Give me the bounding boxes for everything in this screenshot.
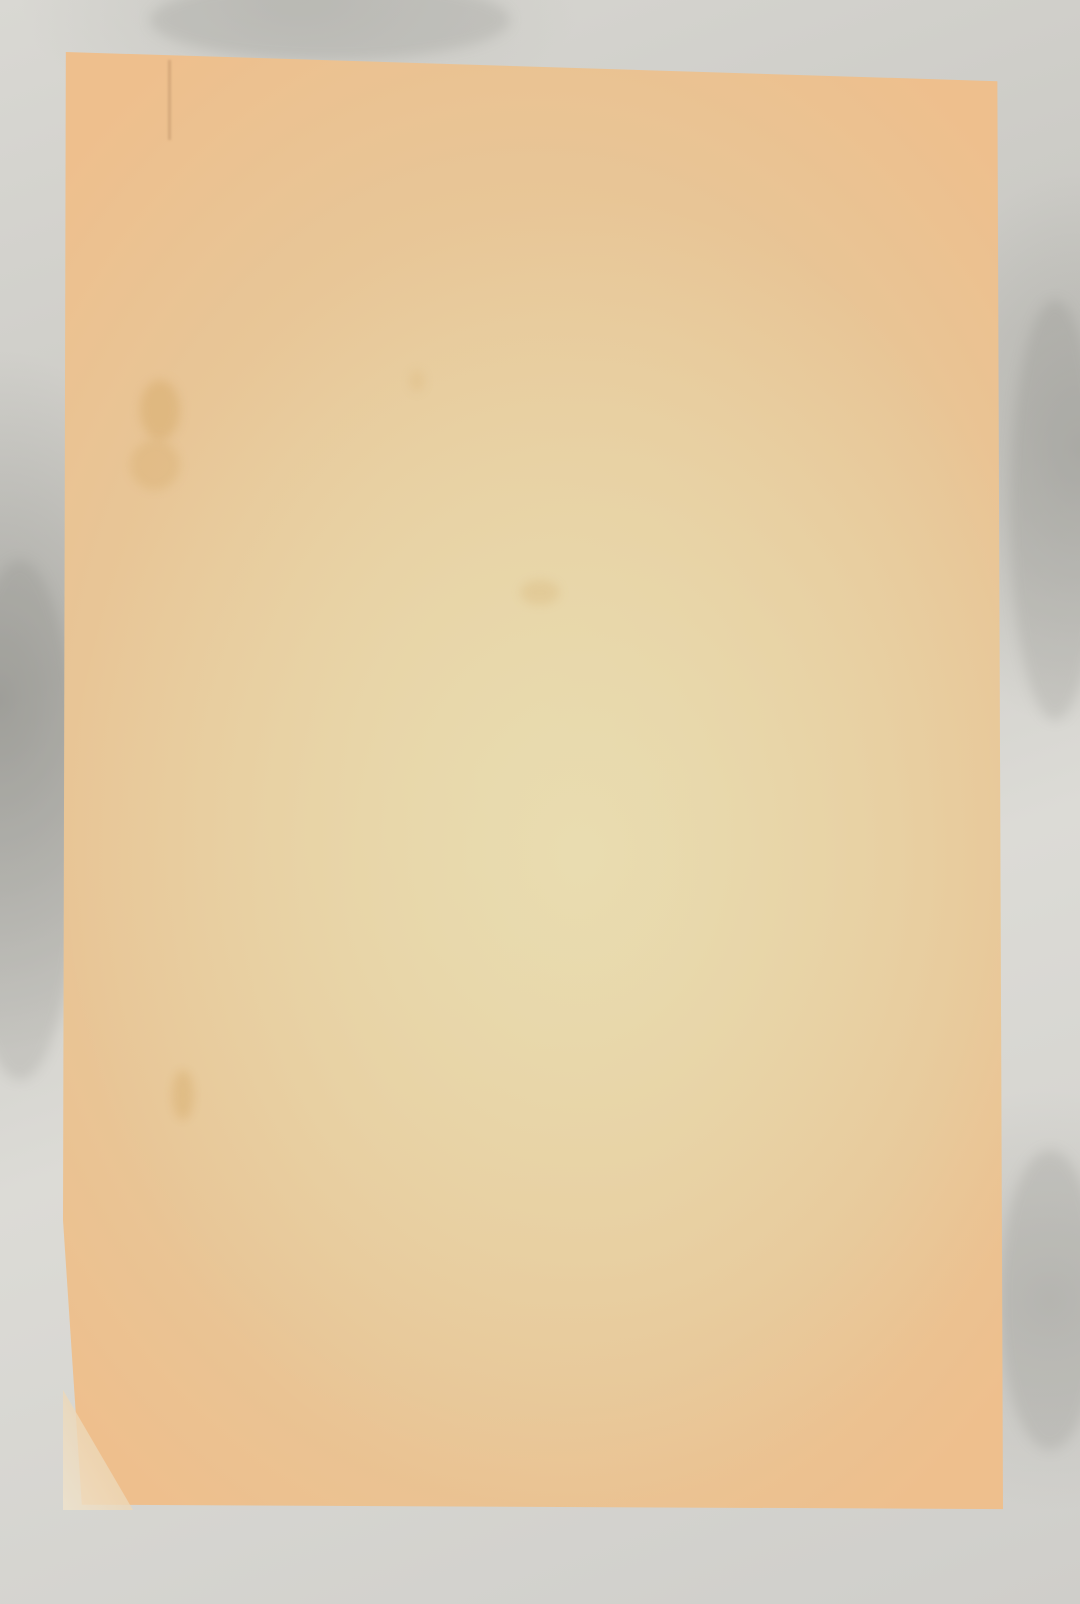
foxing-stain-center bbox=[520, 580, 560, 605]
foxing-stain-small bbox=[410, 370, 424, 392]
card-face bbox=[63, 52, 1003, 1512]
top-left-crease bbox=[168, 60, 171, 140]
paper-card bbox=[0, 0, 1080, 1604]
foxing-stain-lower-left bbox=[172, 1070, 194, 1120]
foxing-stain-upper-left bbox=[140, 380, 180, 440]
foxing-stain-upper-left bbox=[130, 440, 180, 490]
